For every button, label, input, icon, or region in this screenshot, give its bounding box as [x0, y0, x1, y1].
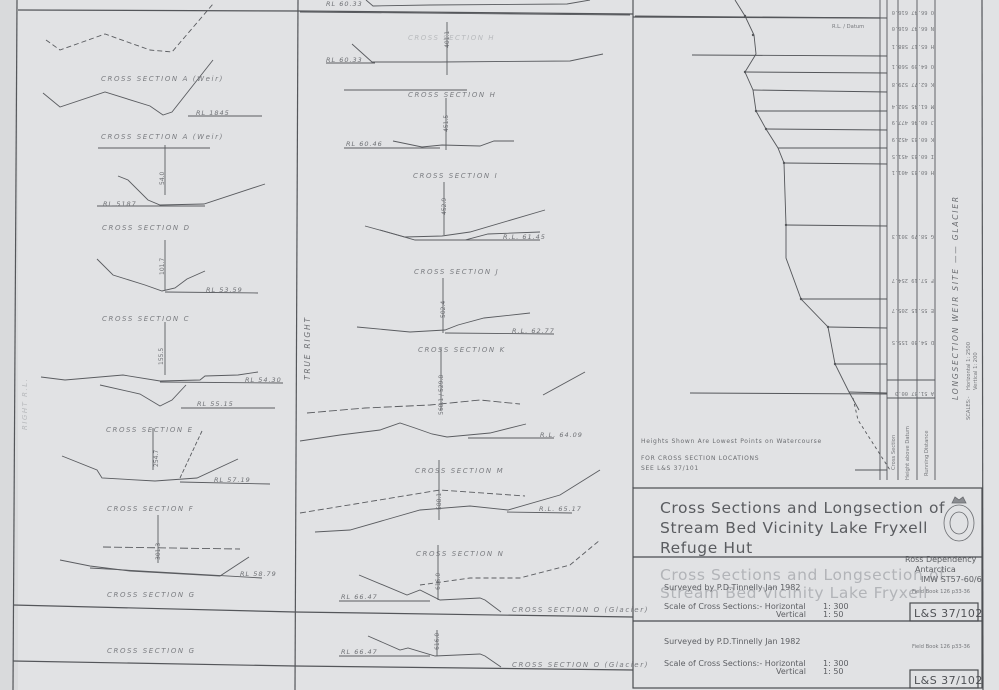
surveyed-by-dup: Surveyed by P.D.Tinnelly Jan 1982 — [664, 637, 800, 646]
longsection-row: K 62.77 529.8 — [892, 81, 934, 87]
true-right-left-label: RIGHT R.L. — [21, 378, 29, 430]
cs-label: CROSS SECTION D — [102, 224, 191, 232]
longsection-scale-v: Vertical 1: 200 — [973, 352, 979, 390]
longsection-table: O 66.47 616.0N 66.47 616.0H 65.17 588.1O… — [892, 9, 934, 396]
drawing-number-dup: L&S 37/102 — [914, 674, 983, 687]
offset-label: 401.1 — [444, 31, 451, 48]
cs-label: CROSS SECTION G — [107, 591, 196, 599]
heights-note: Heights Shown Are Lowest Points on Water… — [641, 438, 822, 445]
cs-label: CROSS SECTION F — [107, 505, 194, 513]
rl-label: RL 53.59 — [206, 286, 243, 294]
offset-label: 155.5 — [158, 348, 165, 365]
longsection-row: K 60.33 452.9 — [892, 136, 934, 142]
offset-label: 616.0 — [434, 633, 441, 650]
cs-label: CROSS SECTION M — [415, 467, 504, 475]
offset-label: 451.5 — [443, 115, 450, 132]
locations-note-1: FOR CROSS SECTION LOCATIONS — [641, 455, 759, 462]
rl-label: R.L. 61.45 — [503, 233, 546, 241]
longsection-top-label: R.L. / Datum — [832, 24, 864, 30]
longsection-row: D 54.30 155.5 — [892, 339, 934, 345]
rl-label: RL 60.33 — [326, 56, 363, 64]
longsection-row: E 55.15 205.7 — [892, 307, 934, 313]
drawing-number: L&S 37/102 — [914, 607, 983, 620]
cs-label-ghost: CROSS SECTION H — [408, 34, 495, 42]
col-header-height: Height above Datum — [905, 426, 911, 480]
rl-label: R.L. 64.09 — [540, 431, 583, 439]
scale-vertical-label: Vertical — [776, 610, 806, 619]
rl-label: R.L. 62.77 — [512, 327, 555, 335]
rl-label: RL 57.19 — [214, 476, 251, 484]
cs-label: CROSS SECTION H — [408, 91, 496, 99]
offset-label: 452.9 — [441, 198, 448, 215]
longsection-title: LONGSECTION WEIR SITE —— GLACIER — [951, 195, 960, 400]
scale-vertical-dup: 1: 50 — [823, 667, 844, 676]
cs-label: CROSS SECTION O (Glacier) — [512, 661, 649, 669]
longsection-row: G 58.79 301.3 — [892, 233, 934, 239]
longsection-row: N 66.47 616.0 — [892, 25, 934, 31]
region-line-1: Ross Dependency — [905, 555, 977, 564]
rl-label: RL 55.15 — [197, 400, 234, 408]
rl-label: R.L. 65.17 — [539, 505, 582, 513]
title-line-3: Refuge Hut — [660, 539, 753, 557]
longsection-row: O 66.47 616.0 — [892, 9, 934, 15]
longsection-scales-label: SCALES:- — [966, 396, 972, 420]
offset-label: 616.0 — [435, 573, 442, 590]
title-line-1: Cross Sections and Longsection of — [660, 499, 945, 517]
scale-vertical: 1: 50 — [823, 610, 844, 619]
rl-label: RL 66.47 — [341, 593, 378, 601]
offset-label: 254.7 — [153, 450, 160, 467]
longsection-row: O 64.09 560.1 — [892, 63, 934, 69]
longsection-scale-h: Horizontal 1: 2500 — [966, 342, 972, 390]
field-book-dup: Field Book 126 p33-36 — [912, 644, 970, 650]
cs-label: CROSS SECTION A (Weir) — [101, 75, 224, 83]
ghost-title-line-1: Cross Sections and Longsection of — [660, 566, 945, 584]
rl-label: RL 60.46 — [346, 140, 383, 148]
col-header-section: Cross Section — [891, 435, 897, 470]
field-book: Field Book 126 p33-36 — [912, 589, 970, 595]
surveyed-by: Surveyed by P.D.Tinnelly Jan 1982 — [664, 583, 800, 592]
offset-label: 101.7 — [159, 258, 166, 275]
title-line-2: Stream Bed Vicinity Lake Fryxell — [660, 519, 928, 537]
col-header-distance: Running Distance — [924, 430, 930, 476]
cs-label: CROSS SECTION A (Weir) — [101, 133, 224, 141]
locations-note-2: SEE L&S 37/101 — [641, 465, 699, 472]
longsection-row: H 65.17 588.1 — [892, 43, 934, 49]
cs-label: CROSS SECTION E — [106, 426, 194, 434]
longsection-row: M 61.45 502.4 — [892, 103, 934, 109]
rl-label: RL 5187 — [103, 200, 137, 208]
cs-label: CROSS SECTION C — [102, 315, 190, 323]
offset-label: 588.1 — [436, 493, 443, 510]
offset-label: 502.4 — [440, 301, 447, 318]
true-right-label: TRUE RIGHT — [303, 316, 312, 380]
rl-label: RL 60.33 — [326, 0, 363, 8]
offset-label: 560.1 / 529.8 — [438, 375, 445, 415]
rl-label: RL 54.30 — [245, 376, 282, 384]
cs-label: CROSS SECTION O (Glacier) — [512, 606, 649, 614]
longsection-row: J 60.46 477.9 — [892, 119, 934, 125]
drawing-sheet: CROSS SECTION A (Weir) RL 1845 CROSS SEC… — [0, 0, 999, 690]
longsection-row: F 57.19 254.7 — [892, 277, 934, 283]
longsection-row: A 51.87 00.0 — [895, 390, 934, 396]
region-line-2: Antarctica — [915, 565, 956, 574]
cs-label: CROSS SECTION J — [414, 268, 499, 276]
cs-label: CROSS SECTION N — [416, 550, 504, 558]
rl-label: RL 66.47 — [341, 648, 378, 656]
offset-label: 301.3 — [155, 543, 162, 560]
longsection-row: I 60.33 451.5 — [892, 153, 934, 159]
rl-label: RL 1845 — [196, 109, 230, 117]
map-reference: IMW ST57-60/6 — [921, 575, 982, 584]
drawing-text-layer: CROSS SECTION A (Weir) RL 1845 CROSS SEC… — [0, 0, 999, 690]
rl-label: RL 58.79 — [240, 570, 277, 578]
offset-label: 54.0 — [159, 171, 166, 185]
longsection-row: H 60.33 401.1 — [892, 169, 934, 175]
cs-label: CROSS SECTION I — [413, 172, 498, 180]
cs-label: CROSS SECTION G — [107, 647, 196, 655]
scale-vertical-label-dup: Vertical — [776, 667, 806, 676]
cs-label: CROSS SECTION K — [418, 346, 506, 354]
